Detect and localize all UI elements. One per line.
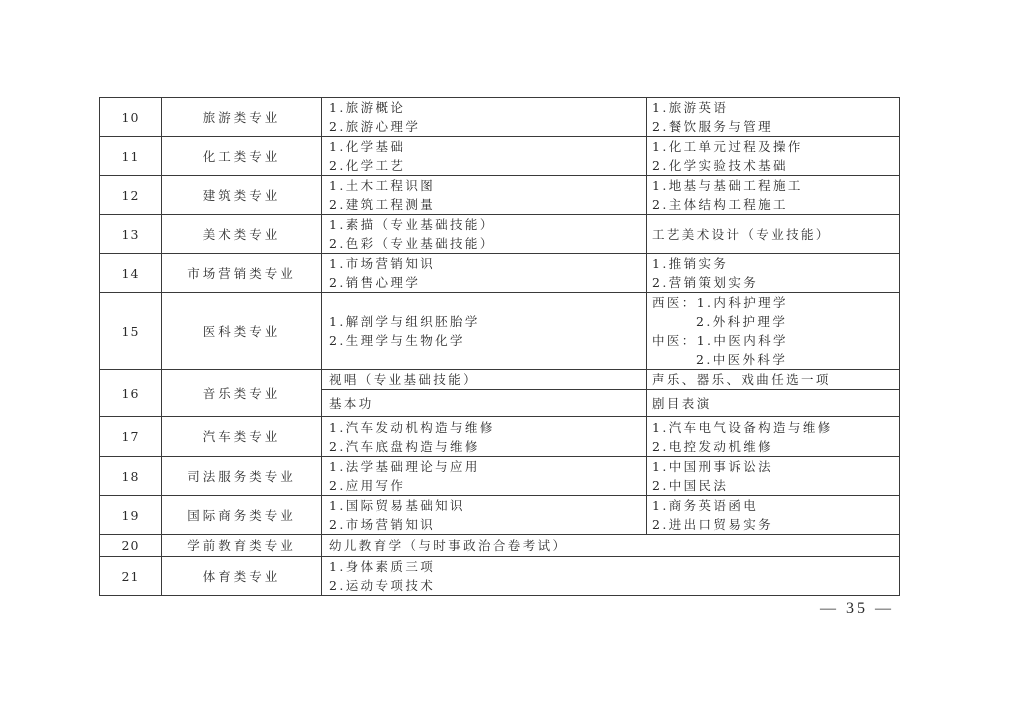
skill-subjects: 1.中国刑事诉讼法 2.中国民法: [647, 457, 900, 496]
subject-item: 2.主体结构工程施工: [652, 195, 899, 214]
subject-item: 1.地基与基础工程施工: [652, 176, 899, 195]
page-number: — 35 —: [820, 600, 894, 618]
subject-item: 西医：1.内科护理学: [652, 293, 899, 312]
subject-item: 2.建筑工程测量: [329, 195, 646, 214]
foundation-subjects: 1.国际贸易基础知识 2.市场营销知识: [322, 496, 647, 535]
subject-item: 2.中国民法: [652, 476, 899, 495]
major-name: 化工类专业: [162, 137, 322, 176]
subject-item: 2.营销策划实务: [652, 273, 899, 292]
foundation-subjects: 1.法学基础理论与应用 2.应用写作: [322, 457, 647, 496]
subject-item: 2.餐饮服务与管理: [652, 117, 899, 136]
table-row: 17 汽车类专业 1.汽车发动机构造与维修 2.汽车底盘构造与维修 1.汽车电气…: [100, 417, 900, 457]
foundation-subjects: 1.素描（专业基础技能） 2.色彩（专业基础技能）: [322, 215, 647, 254]
exam-subjects-table: 10 旅游类专业 1.旅游概论 2.旅游心理学 1.旅游英语 2.餐饮服务与管理…: [99, 97, 900, 596]
row-number: 10: [100, 98, 162, 137]
foundation-subjects: 1.解剖学与组织胚胎学 2.生理学与生物化学: [322, 293, 647, 370]
row-number: 21: [100, 557, 162, 596]
major-name: 音乐类专业: [162, 370, 322, 417]
row-number: 16: [100, 370, 162, 417]
subject-item: 1.素描（专业基础技能）: [329, 215, 646, 234]
major-name: 司法服务类专业: [162, 457, 322, 496]
subject-item: 2.化学实验技术基础: [652, 156, 899, 175]
table-row: 10 旅游类专业 1.旅游概论 2.旅游心理学 1.旅游英语 2.餐饮服务与管理: [100, 98, 900, 137]
subject-item: 2.应用写作: [329, 476, 646, 495]
skill-subjects: 工艺美术设计（专业技能）: [647, 215, 900, 254]
row-number: 12: [100, 176, 162, 215]
table-row: 12 建筑类专业 1.土木工程识图 2.建筑工程测量 1.地基与基础工程施工 2…: [100, 176, 900, 215]
skill-subjects: 1.旅游英语 2.餐饮服务与管理: [647, 98, 900, 137]
table-row: 11 化工类专业 1.化学基础 2.化学工艺 1.化工单元过程及操作 2.化学实…: [100, 137, 900, 176]
skill-subjects: 1.地基与基础工程施工 2.主体结构工程施工: [647, 176, 900, 215]
subject-item: 2.市场营销知识: [329, 515, 646, 534]
major-name: 体育类专业: [162, 557, 322, 596]
subject-item: 1.中国刑事诉讼法: [652, 457, 899, 476]
table-row: 18 司法服务类专业 1.法学基础理论与应用 2.应用写作 1.中国刑事诉讼法 …: [100, 457, 900, 496]
skill-subjects: 1.商务英语函电 2.进出口贸易实务: [647, 496, 900, 535]
foundation-subjects: 1.化学基础 2.化学工艺: [322, 137, 647, 176]
subject-item: 1.汽车电气设备构造与维修: [652, 418, 899, 437]
row-number: 17: [100, 417, 162, 457]
subject-item: 中医：1.中医内科学: [652, 331, 899, 350]
foundation-subjects: 1.市场营销知识 2.销售心理学: [322, 254, 647, 293]
subject-item: 2.运动专项技术: [329, 576, 899, 595]
row-number: 14: [100, 254, 162, 293]
subject-item: 1.市场营销知识: [329, 254, 646, 273]
subject-item: 2.汽车底盘构造与维修: [329, 437, 646, 456]
subject-item: 1.法学基础理论与应用: [329, 457, 646, 476]
table-row: 16 音乐类专业 视唱（专业基础技能） 声乐、器乐、戏曲任选一项: [100, 370, 900, 390]
subject-item: 2.外科护理学: [652, 312, 899, 331]
row-number: 19: [100, 496, 162, 535]
subject-item: 2.进出口贸易实务: [652, 515, 899, 534]
table-row: 21 体育类专业 1.身体素质三项 2.运动专项技术: [100, 557, 900, 596]
subject-item: 1.旅游概论: [329, 98, 646, 117]
subject-item: 1.国际贸易基础知识: [329, 496, 646, 515]
skill-subjects: 西医：1.内科护理学 2.外科护理学 中医：1.中医内科学 2.中医外科学: [647, 293, 900, 370]
row-number: 18: [100, 457, 162, 496]
skill-subjects: 1.化工单元过程及操作 2.化学实验技术基础: [647, 137, 900, 176]
subject-item: 1.旅游英语: [652, 98, 899, 117]
row-number: 13: [100, 215, 162, 254]
major-name: 旅游类专业: [162, 98, 322, 137]
subject-item: 1.身体素质三项: [329, 557, 899, 576]
skill-subjects: 剧目表演: [647, 390, 900, 417]
subject-item: 2.生理学与生物化学: [329, 331, 646, 350]
row-number: 11: [100, 137, 162, 176]
foundation-subjects: 1.土木工程识图 2.建筑工程测量: [322, 176, 647, 215]
subject-item: 2.色彩（专业基础技能）: [329, 234, 646, 253]
subject-item: 1.商务英语函电: [652, 496, 899, 515]
major-name: 美术类专业: [162, 215, 322, 254]
subject-item: 2.旅游心理学: [329, 117, 646, 136]
table-row: 13 美术类专业 1.素描（专业基础技能） 2.色彩（专业基础技能） 工艺美术设…: [100, 215, 900, 254]
subject-item: 1.化学基础: [329, 137, 646, 156]
table-row: 14 市场营销类专业 1.市场营销知识 2.销售心理学 1.推销实务 2.营销策…: [100, 254, 900, 293]
table-row: 15 医科类专业 1.解剖学与组织胚胎学 2.生理学与生物化学 西医：1.内科护…: [100, 293, 900, 370]
subject-item: 2.销售心理学: [329, 273, 646, 292]
major-name: 建筑类专业: [162, 176, 322, 215]
major-name: 医科类专业: [162, 293, 322, 370]
table-row: 20 学前教育类专业 幼儿教育学（与时事政治合卷考试）: [100, 535, 900, 557]
subject-item: 1.汽车发动机构造与维修: [329, 418, 646, 437]
major-name: 国际商务类专业: [162, 496, 322, 535]
subject-item: 2.化学工艺: [329, 156, 646, 175]
major-name: 汽车类专业: [162, 417, 322, 457]
merged-subjects: 1.身体素质三项 2.运动专项技术: [322, 557, 900, 596]
subject-item: 1.土木工程识图: [329, 176, 646, 195]
skill-subjects: 声乐、器乐、戏曲任选一项: [647, 370, 900, 390]
subject-item: 1.解剖学与组织胚胎学: [329, 312, 646, 331]
foundation-subjects: 视唱（专业基础技能）: [322, 370, 647, 390]
merged-subjects: 幼儿教育学（与时事政治合卷考试）: [322, 535, 900, 557]
subject-item: 2.电控发动机维修: [652, 437, 899, 456]
skill-subjects: 1.汽车电气设备构造与维修 2.电控发动机维修: [647, 417, 900, 457]
subject-item: 1.推销实务: [652, 254, 899, 273]
row-number: 15: [100, 293, 162, 370]
major-name: 市场营销类专业: [162, 254, 322, 293]
subject-item: 2.中医外科学: [652, 350, 899, 369]
foundation-subjects: 1.旅游概论 2.旅游心理学: [322, 98, 647, 137]
row-number: 20: [100, 535, 162, 557]
major-name: 学前教育类专业: [162, 535, 322, 557]
foundation-subjects: 基本功: [322, 390, 647, 417]
table-row: 19 国际商务类专业 1.国际贸易基础知识 2.市场营销知识 1.商务英语函电 …: [100, 496, 900, 535]
subject-item: 1.化工单元过程及操作: [652, 137, 899, 156]
skill-subjects: 1.推销实务 2.营销策划实务: [647, 254, 900, 293]
foundation-subjects: 1.汽车发动机构造与维修 2.汽车底盘构造与维修: [322, 417, 647, 457]
subject-item: 工艺美术设计（专业技能）: [652, 225, 899, 244]
